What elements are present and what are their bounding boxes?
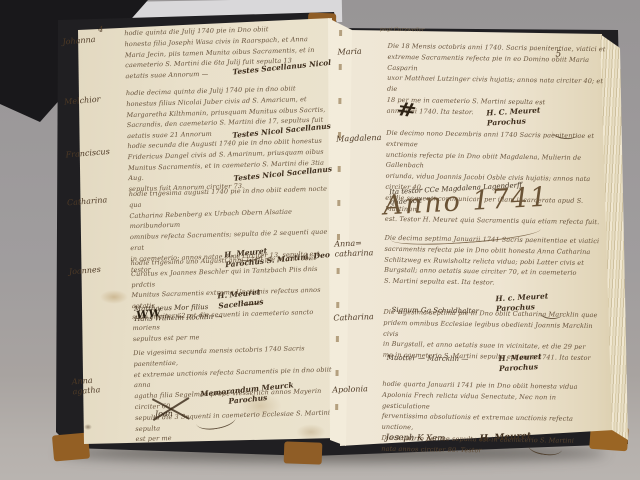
entry-margin-name: Anna agatha [71,373,132,398]
entry-margin-name: Johanna [62,33,123,48]
burial-entry-anna-catharina: Anna= catharina Die decima septima Janua… [332,232,615,290]
page-header-note: pagi Curzweiler [380,27,425,34]
witness-marks: Muotter — Marcklin — [387,353,469,364]
entry-margin-name: Melchior [64,93,125,108]
entry-body-text: hodie quarta Januarii 1741 pie in Dno ob… [381,379,600,458]
entry-margin-name: Catharina [67,194,128,209]
burial-entry-johanna: Johanna hodie quinta die Julij 1740 pie … [60,22,333,84]
manuscript-photo: 4 Johanna hodie quinta die Julij 1740 pi… [0,0,640,480]
entry-margin-name: Joannes [69,263,130,278]
entry-signature: H. Meuret Parochus [498,349,601,374]
burial-entry-anna-agatha: Anna agatha Die vigesima secunda mensis … [69,342,344,447]
burial-entry-joannes: Joannes hodie trigesimo uno Augusti anni… [67,252,341,346]
burial-entry-catharina-2: Catharina Die vigesima septima pie in Dn… [331,306,614,364]
witness-marks: Joseph K Xem [385,433,445,444]
entry-body-text: Die decima septima Januarii 1741 Sacris … [384,233,603,290]
burial-entry-apolonia: Apolonia hodie quarta Januarii 1741 pie … [329,378,612,458]
entry-margin-name: Franciscus [65,146,126,161]
burial-entry-melchior: Melchior hodie decima quinta die Julij 1… [62,82,335,144]
hash-ink-mark: # [395,98,418,123]
ww-house-mark: WW [136,306,162,321]
burial-entry-maria: Maria Die 18 Mensis octobris anni 1740. … [335,40,618,120]
left-page-text: 4 Johanna hodie quinta die Julij 1740 pi… [60,16,344,453]
right-page-text: pagi Curzweiler 5 Maria Die 18 Mensis oc… [329,24,618,468]
